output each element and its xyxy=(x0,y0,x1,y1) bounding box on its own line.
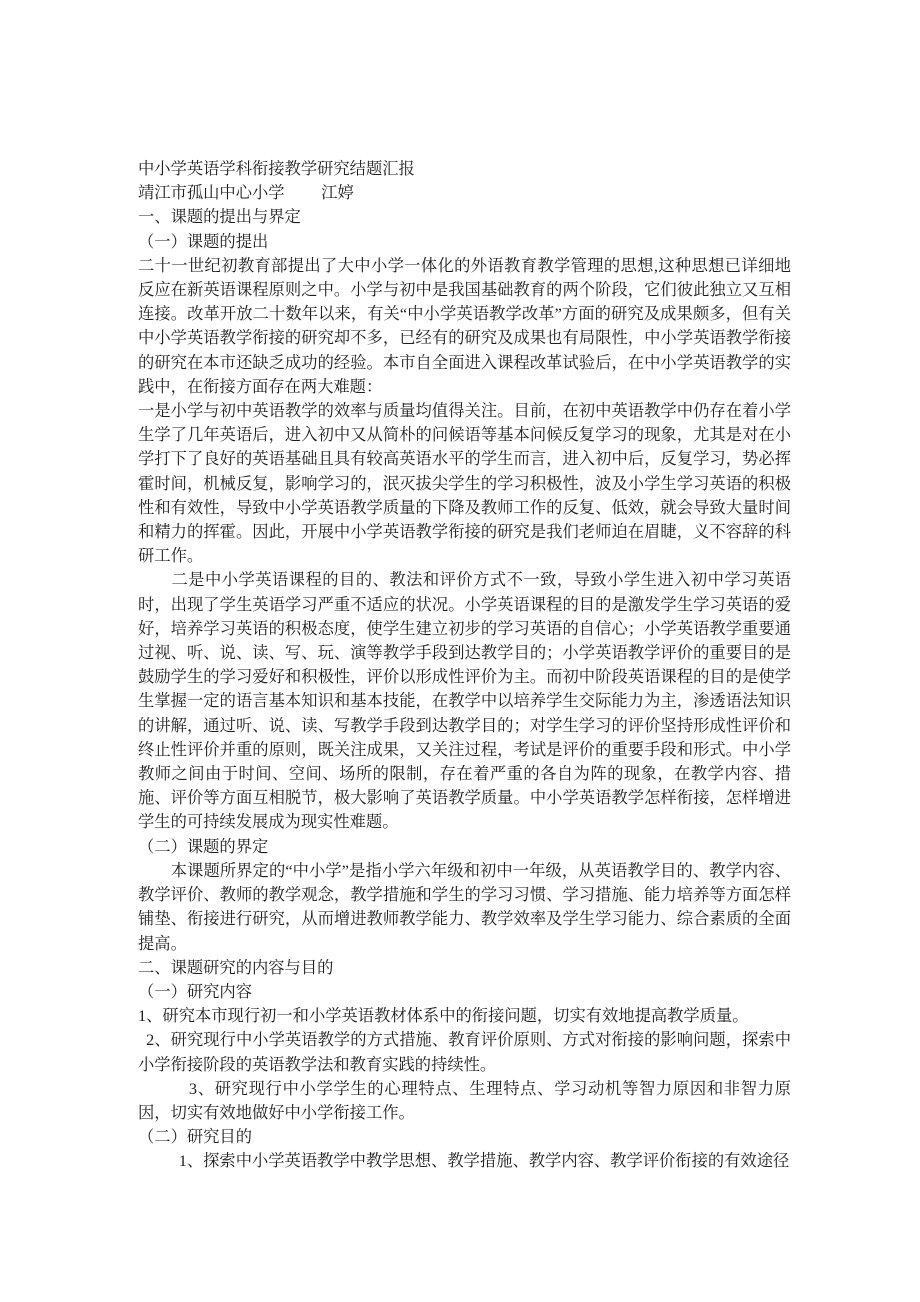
doc-paragraph: 一是小学与初中英语教学的效率与质量均值得关注。目前，在初中英语教学中仍存在着小学… xyxy=(138,399,791,568)
heading-section-1-1: （一）课题的提出 xyxy=(138,230,791,254)
doc-paragraph: 二是中小学英语课程的目的、教法和评价方式不一致，导致小学生进入初中学习英语时，出… xyxy=(138,568,791,834)
doc-byline: 靖江市孤山中心小学 江婷 xyxy=(138,181,791,205)
doc-list-item-1: 1、研究本市现行初一和小学英语教材体系中的衔接问题，切实有效地提高教学质量。 xyxy=(138,1004,791,1028)
heading-section-2: 二、课题研究的内容与目的 xyxy=(138,956,791,980)
doc-list-item-3: 3、研究现行中小学学生的心理特点、生理特点、学习动机等智力原因和非智力原因，切实… xyxy=(138,1077,791,1125)
doc-paragraph: 二十一世纪初教育部提出了大中小学一体化的外语教育教学管理的思想,这种思想已详细地… xyxy=(138,254,791,399)
doc-list-item-goal-1: 1、探索中小学英语教学中教学思想、教学措施、教学内容、教学评价衔接的有效途径 xyxy=(138,1149,791,1173)
document-body: 中小学英语学科衔接教学研究结题汇报 靖江市孤山中心小学 江婷 一、课题的提出与界… xyxy=(138,157,791,1174)
doc-paragraph: 本课题所界定的“中小学”是指小学六年级和初中一年级，从英语教学目的、教学内容、教… xyxy=(138,859,791,956)
doc-list-item-2: 2、研究现行中小学英语教学的方式措施、教育评价原则、方式对衔接的影响问题，探索中… xyxy=(138,1028,791,1076)
heading-section-1: 一、课题的提出与界定 xyxy=(138,205,791,229)
heading-section-1-2: （二）课题的界定 xyxy=(138,835,791,859)
heading-section-2-1: （一）研究内容 xyxy=(138,980,791,1004)
heading-section-2-2: （二）研究目的 xyxy=(138,1125,791,1149)
doc-title: 中小学英语学科衔接教学研究结题汇报 xyxy=(138,157,791,181)
document-page: 中小学英语学科衔接教学研究结题汇报 靖江市孤山中心小学 江婷 一、课题的提出与界… xyxy=(0,0,920,1302)
